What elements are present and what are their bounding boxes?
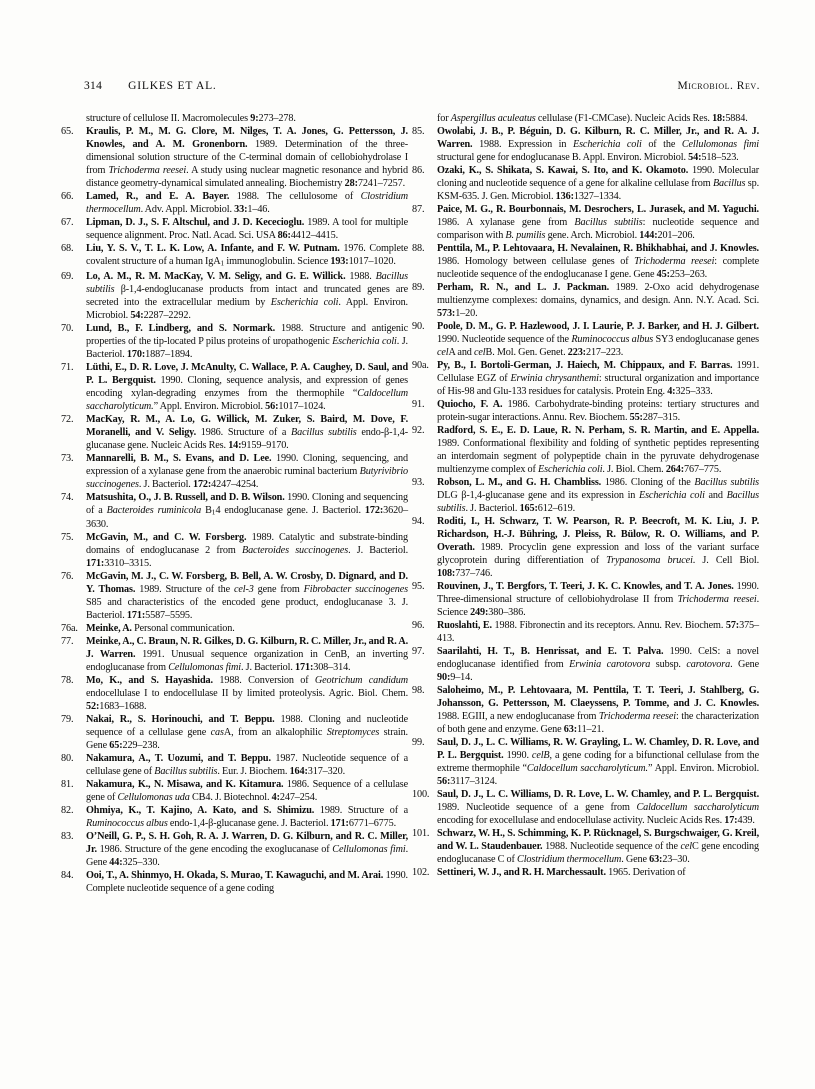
reference-entry: 73.Mannarelli, B. M., S. Evans, and D. L… bbox=[61, 452, 408, 491]
reference-text: Meinke, A., C. Braun, N. R. Gilkes, D. G… bbox=[86, 636, 408, 673]
reference-number: 86. bbox=[412, 164, 424, 177]
reference-entry: 99.Saul, D. J., L. C. Williams, R. W. Gr… bbox=[412, 736, 759, 788]
reference-entry: 77.Meinke, A., C. Braun, N. R. Gilkes, D… bbox=[61, 635, 408, 674]
reference-number: 76. bbox=[61, 570, 73, 583]
reference-entry: 87.Paice, M. G., R. Bourbonnais, M. Desr… bbox=[412, 203, 759, 242]
reference-number: 84. bbox=[61, 869, 73, 882]
reference-text: Liu, Y. S. V., T. L. K. Low, A. Infante,… bbox=[86, 243, 408, 267]
reference-number: 93. bbox=[412, 476, 424, 489]
reference-entry: 101.Schwarz, W. H., S. Schimming, K. P. … bbox=[412, 827, 759, 866]
reference-entry: 65.Kraulis, P. M., M. G. Clore, M. Nilge… bbox=[61, 125, 408, 190]
reference-continuation: for Aspergillus aculeatus cellulase (F1-… bbox=[412, 112, 759, 125]
reference-entry: 86.Ozaki, K., S. Shikata, S. Kawai, S. I… bbox=[412, 164, 759, 203]
reference-text: McGavin, M., and C. W. Forsberg. 1989. C… bbox=[86, 532, 408, 569]
reference-text: Roditi, I., H. Schwarz, T. W. Pearson, R… bbox=[437, 516, 759, 579]
reference-entry: 95.Rouvinen, J., T. Bergfors, T. Teeri, … bbox=[412, 580, 759, 619]
reference-number: 73. bbox=[61, 452, 73, 465]
reference-entry: 98.Saloheimo, M., P. Lehtovaara, M. Pent… bbox=[412, 684, 759, 736]
reference-entry: 79.Nakai, R., S. Horinouchi, and T. Bepp… bbox=[61, 713, 408, 752]
reference-number: 94. bbox=[412, 515, 424, 528]
reference-text: Mannarelli, B. M., S. Evans, and D. Lee.… bbox=[86, 453, 408, 490]
reference-number: 99. bbox=[412, 736, 424, 749]
reference-text: Perham, R. N., and L. J. Packman. 1989. … bbox=[437, 282, 759, 319]
reference-number: 100. bbox=[412, 788, 429, 801]
reference-number: 88. bbox=[412, 242, 424, 255]
reference-entry: 96.Ruoslahti, E. 1988. Fibronectin and i… bbox=[412, 619, 759, 645]
reference-number: 80. bbox=[61, 752, 73, 765]
running-title: GILKES ET AL. bbox=[128, 80, 216, 92]
reference-number: 101. bbox=[412, 827, 429, 840]
reference-number: 98. bbox=[412, 684, 424, 697]
reference-text: Radford, S. E., E. D. Laue, R. N. Perham… bbox=[437, 425, 759, 475]
reference-number: 90a. bbox=[412, 359, 429, 372]
reference-entry: 75.McGavin, M., and C. W. Forsberg. 1989… bbox=[61, 531, 408, 570]
reference-text: Saloheimo, M., P. Lehtovaara, M. Penttil… bbox=[437, 685, 759, 735]
reference-text: structure of cellulose II. Macromolecule… bbox=[86, 113, 296, 124]
reference-number: 76a. bbox=[61, 622, 78, 635]
reference-entry: 91.Quiocho, F. A. 1986. Carbohydrate-bin… bbox=[412, 398, 759, 424]
reference-text: Rouvinen, J., T. Bergfors, T. Teeri, J. … bbox=[437, 581, 759, 618]
reference-entry: 66.Lamed, R., and E. A. Bayer. 1988. The… bbox=[61, 190, 408, 216]
reference-text: Ozaki, K., S. Shikata, S. Kawai, S. Ito,… bbox=[437, 165, 759, 202]
reference-number: 87. bbox=[412, 203, 424, 216]
reference-entry: 80.Nakamura, A., T. Uozumi, and T. Beppu… bbox=[61, 752, 408, 778]
reference-text: Ohmiya, K., T. Kajino, A. Kato, and S. S… bbox=[86, 805, 408, 829]
reference-number: 96. bbox=[412, 619, 424, 632]
reference-entry: 92.Radford, S. E., E. D. Laue, R. N. Per… bbox=[412, 424, 759, 476]
reference-number: 83. bbox=[61, 830, 73, 843]
reference-number: 75. bbox=[61, 531, 73, 544]
reference-number: 90. bbox=[412, 320, 424, 333]
reference-text: Saul, D. J., L. C. Williams, D. R. Love,… bbox=[437, 789, 759, 826]
reference-text: Lund, B., F. Lindberg, and S. Normark. 1… bbox=[86, 323, 408, 360]
reference-text: Ooi, T., A. Shinmyo, H. Okada, S. Murao,… bbox=[86, 870, 408, 894]
reference-entry: 82.Ohmiya, K., T. Kajino, A. Kato, and S… bbox=[61, 804, 408, 830]
reference-number: 82. bbox=[61, 804, 73, 817]
reference-entry: 81.Nakamura, K., N. Misawa, and K. Kitam… bbox=[61, 778, 408, 804]
reference-text: O’Neill, G. P., S. H. Goh, R. A. J. Warr… bbox=[86, 831, 408, 868]
left-column: structure of cellulose II. Macromolecule… bbox=[61, 112, 408, 895]
reference-entry: 83.O’Neill, G. P., S. H. Goh, R. A. J. W… bbox=[61, 830, 408, 869]
reference-number: 74. bbox=[61, 491, 73, 504]
reference-text: Ruoslahti, E. 1988. Fibronectin and its … bbox=[437, 620, 759, 644]
reference-text: Penttila, M., P. Lehtovaara, H. Nevalain… bbox=[437, 243, 759, 280]
reference-entry: 90.Poole, D. M., G. P. Hazlewood, J. I. … bbox=[412, 320, 759, 359]
reference-text: Settineri, W. J., and R. H. Marchessault… bbox=[437, 867, 686, 878]
reference-number: 81. bbox=[61, 778, 73, 791]
reference-number: 77. bbox=[61, 635, 73, 648]
reference-entry: 67.Lipman, D. J., S. F. Altschul, and J.… bbox=[61, 216, 408, 242]
reference-entry: 90a.Py, B., I. Bortoli-German, J. Haiech… bbox=[412, 359, 759, 398]
reference-number: 95. bbox=[412, 580, 424, 593]
reference-entry: 78.Mo, K., and S. Hayashida. 1988. Conve… bbox=[61, 674, 408, 713]
reference-text: Meinke, A. Personal communication. bbox=[86, 623, 235, 634]
reference-number: 72. bbox=[61, 413, 73, 426]
reference-entry: 69.Lo, A. M., R. M. MacKay, V. M. Seligy… bbox=[61, 270, 408, 322]
reference-entry: 102.Settineri, W. J., and R. H. Marchess… bbox=[412, 866, 759, 879]
reference-text: for Aspergillus aculeatus cellulase (F1-… bbox=[437, 113, 748, 124]
reference-entry: 100.Saul, D. J., L. C. Williams, D. R. L… bbox=[412, 788, 759, 827]
reference-text: Lo, A. M., R. M. MacKay, V. M. Seligy, a… bbox=[86, 271, 408, 321]
reference-text: Matsushita, O., J. B. Russell, and D. B.… bbox=[86, 492, 408, 531]
reference-text: Lamed, R., and E. A. Bayer. 1988. The ce… bbox=[86, 191, 408, 215]
reference-entry: 74.Matsushita, O., J. B. Russell, and D.… bbox=[61, 491, 408, 532]
reference-number: 92. bbox=[412, 424, 424, 437]
reference-text: Saarilahti, H. T., B. Henrissat, and E. … bbox=[437, 646, 759, 683]
reference-number: 65. bbox=[61, 125, 73, 138]
reference-text: Paice, M. G., R. Bourbonnais, M. Desroch… bbox=[437, 204, 759, 241]
reference-text: McGavin, M. J., C. W. Forsberg, B. Bell,… bbox=[86, 571, 408, 621]
reference-number: 91. bbox=[412, 398, 424, 411]
reference-text: Schwarz, W. H., S. Schimming, K. P. Rück… bbox=[437, 828, 759, 865]
reference-entry: 97.Saarilahti, H. T., B. Henrissat, and … bbox=[412, 645, 759, 684]
reference-entry: 68.Liu, Y. S. V., T. L. K. Low, A. Infan… bbox=[61, 242, 408, 270]
reference-entry: 84.Ooi, T., A. Shinmyo, H. Okada, S. Mur… bbox=[61, 869, 408, 895]
reference-number: 79. bbox=[61, 713, 73, 726]
reference-number: 70. bbox=[61, 322, 73, 335]
reference-entry: 93.Robson, L. M., and G. H. Chambliss. 1… bbox=[412, 476, 759, 515]
reference-entry: 89.Perham, R. N., and L. J. Packman. 198… bbox=[412, 281, 759, 320]
reference-text: Lüthi, E., D. R. Love, J. McAnulty, C. W… bbox=[86, 362, 408, 412]
reference-text: Mo, K., and S. Hayashida. 1988. Conversi… bbox=[86, 675, 408, 712]
reference-number: 97. bbox=[412, 645, 424, 658]
reference-entry: 94.Roditi, I., H. Schwarz, T. W. Pearson… bbox=[412, 515, 759, 580]
reference-text: Lipman, D. J., S. F. Altschul, and J. D.… bbox=[86, 217, 408, 241]
reference-text: Nakamura, A., T. Uozumi, and T. Beppu. 1… bbox=[86, 753, 408, 777]
right-column: for Aspergillus aculeatus cellulase (F1-… bbox=[412, 112, 759, 895]
reference-entry: 88.Penttila, M., P. Lehtovaara, H. Neval… bbox=[412, 242, 759, 281]
reference-entry: 76.McGavin, M. J., C. W. Forsberg, B. Be… bbox=[61, 570, 408, 622]
reference-continuation: structure of cellulose II. Macromolecule… bbox=[61, 112, 408, 125]
reference-text: Kraulis, P. M., M. G. Clore, M. Nilges, … bbox=[86, 126, 408, 189]
reference-number: 71. bbox=[61, 361, 73, 374]
reference-text: Py, B., I. Bortoli-German, J. Haiech, M.… bbox=[437, 360, 759, 397]
reference-number: 78. bbox=[61, 674, 73, 687]
reference-entry: 76a.Meinke, A. Personal communication. bbox=[61, 622, 408, 635]
reference-number: 89. bbox=[412, 281, 424, 294]
reference-number: 67. bbox=[61, 216, 73, 229]
reference-text: MacKay, R. M., A. Lo, G. Willick, M. Zuk… bbox=[86, 414, 408, 451]
references-section: structure of cellulose II. Macromolecule… bbox=[61, 112, 760, 895]
page-number: 314 bbox=[84, 80, 102, 92]
reference-number: 68. bbox=[61, 242, 73, 255]
reference-entry: 72.MacKay, R. M., A. Lo, G. Willick, M. … bbox=[61, 413, 408, 452]
journal-page: 314 GILKES ET AL. Microbiol. Rev. struct… bbox=[0, 0, 815, 1089]
reference-entry: 71.Lüthi, E., D. R. Love, J. McAnulty, C… bbox=[61, 361, 408, 413]
reference-text: Robson, L. M., and G. H. Chambliss. 1986… bbox=[437, 477, 759, 514]
reference-text: Owolabi, J. B., P. Béguin, D. G. Kilburn… bbox=[437, 126, 759, 163]
journal-name: Microbiol. Rev. bbox=[678, 80, 760, 92]
reference-text: Nakamura, K., N. Misawa, and K. Kitamura… bbox=[86, 779, 408, 803]
reference-entry: 85.Owolabi, J. B., P. Béguin, D. G. Kilb… bbox=[412, 125, 759, 164]
reference-number: 102. bbox=[412, 866, 429, 879]
reference-number: 66. bbox=[61, 190, 73, 203]
page-header: 314 GILKES ET AL. Microbiol. Rev. bbox=[61, 80, 760, 92]
reference-text: Saul, D. J., L. C. Williams, R. W. Grayl… bbox=[437, 737, 759, 787]
reference-number: 69. bbox=[61, 270, 73, 283]
reference-text: Poole, D. M., G. P. Hazlewood, J. I. Lau… bbox=[437, 321, 759, 358]
reference-number: 85. bbox=[412, 125, 424, 138]
reference-entry: 70.Lund, B., F. Lindberg, and S. Normark… bbox=[61, 322, 408, 361]
reference-text: Quiocho, F. A. 1986. Carbohydrate-bindin… bbox=[437, 399, 759, 423]
reference-text: Nakai, R., S. Horinouchi, and T. Beppu. … bbox=[86, 714, 408, 751]
